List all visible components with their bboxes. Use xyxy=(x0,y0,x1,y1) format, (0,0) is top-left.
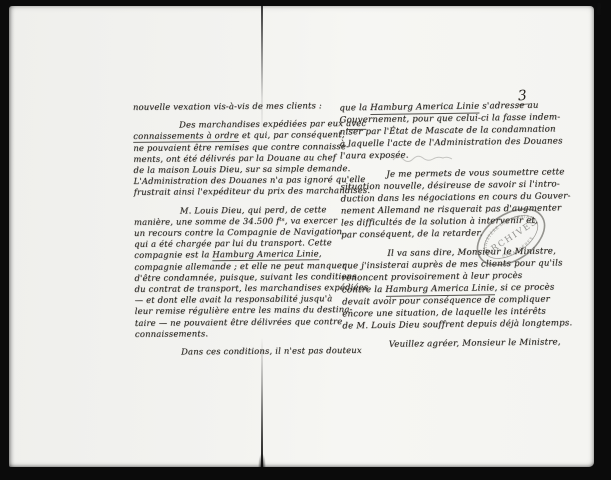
hand-line: taire — ne pouvaient être délivrées que … xyxy=(135,316,341,329)
hand-line: nouvelle vexation vis-à-vis de mes clien… xyxy=(133,100,339,113)
scanned-document: 3 nouvelle vexation vis-à-vis de mes cli… xyxy=(0,0,611,480)
hand-line: Veuillez agréer, Monsieur le Ministre, xyxy=(343,337,549,352)
archives-stamp: MINISTÈRE DES AFFAIRES ÉTRANGÈRES ARCHIV… xyxy=(455,188,567,286)
pencil-annotation xyxy=(392,152,454,166)
hand-line: de M. Louis Dieu souffrent depuis déjà l… xyxy=(342,318,548,333)
hand-line: connaissements. xyxy=(135,327,341,340)
fold-shadow xyxy=(258,453,266,467)
hand-line: Dans ces conditions, il n'est pas douteu… xyxy=(135,345,341,358)
letter-spread: 3 nouvelle vexation vis-à-vis de mes cli… xyxy=(9,6,594,467)
left-page-text: nouvelle vexation vis-à-vis de mes clien… xyxy=(133,100,341,358)
scan-corner-mark xyxy=(597,3,602,15)
hand-line: frustrait ainsi l'expéditeur du prix des… xyxy=(134,186,340,199)
